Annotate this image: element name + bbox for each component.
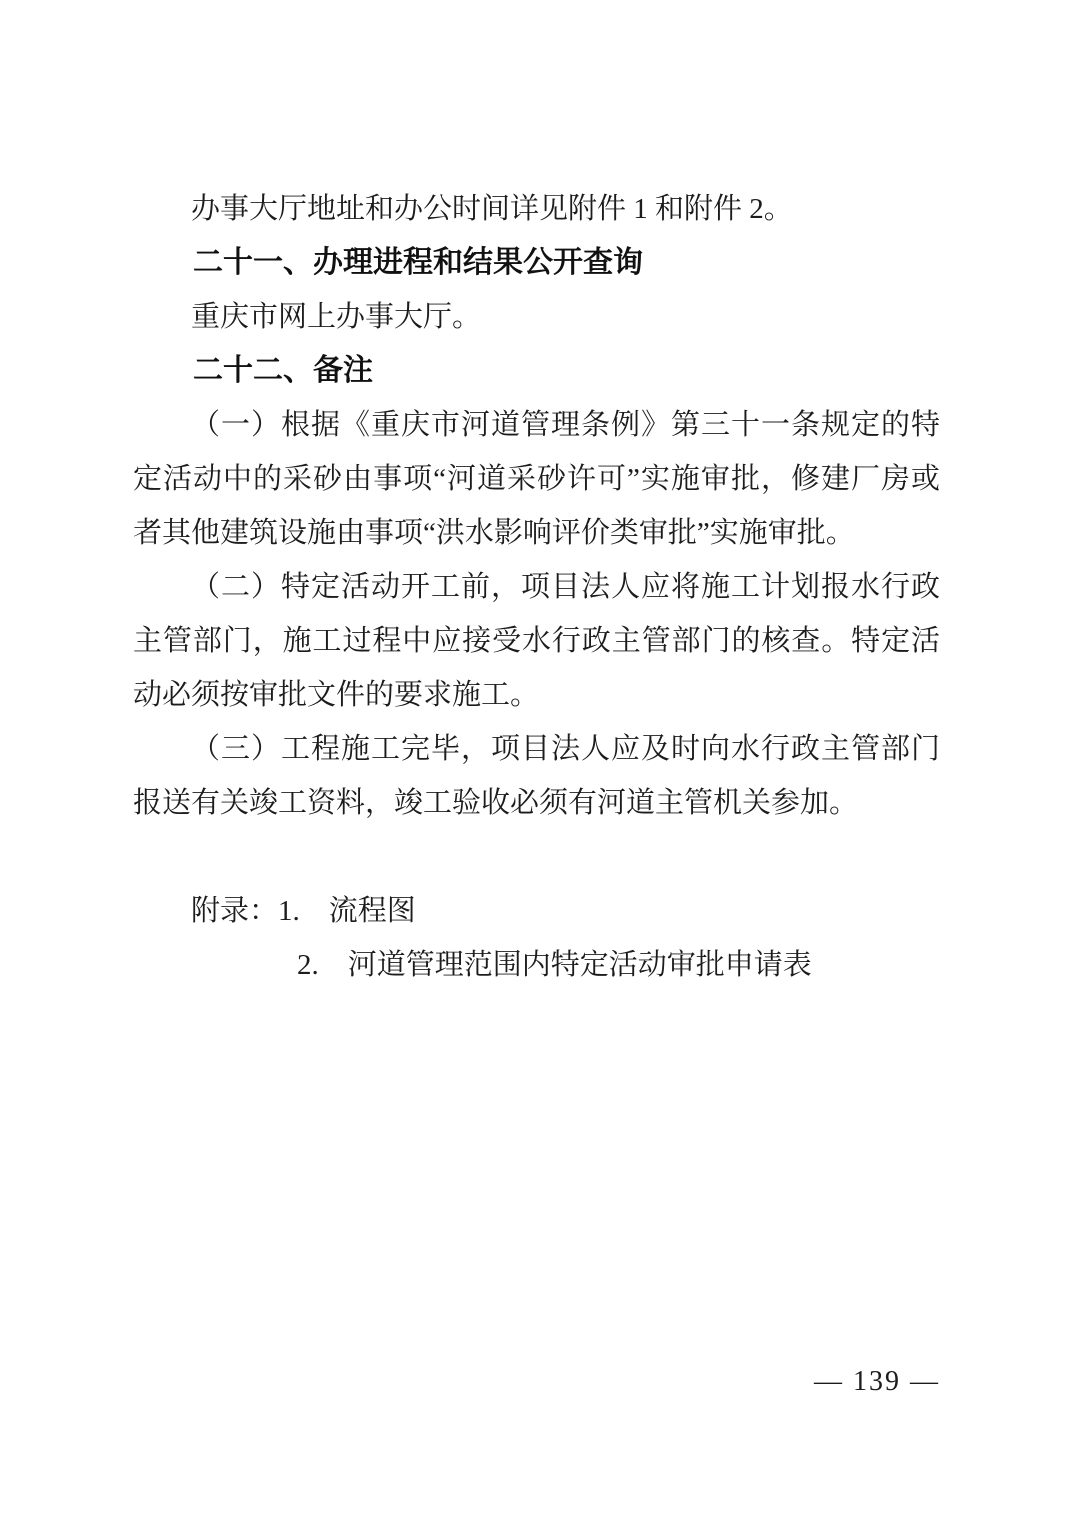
appendix-list: 附录：1. 流程图 2. 河道管理范围内特定活动审批申请表 bbox=[133, 884, 940, 992]
paragraph-note-1: （一）根据《重庆市河道管理条例》第三十一条规定的特定活动中的采砂由事项“河道采砂… bbox=[133, 398, 940, 560]
document-page: 办事大厅地址和办公时间详见附件 1 和附件 2。 二十一、办理进程和结果公开查询… bbox=[0, 0, 1074, 1520]
paragraph-note-3: （三）工程施工完毕，项目法人应及时向水行政主管部门报送有关竣工资料，竣工验收必须… bbox=[133, 722, 940, 830]
heading-section-21: 二十一、办理进程和结果公开查询 bbox=[133, 236, 940, 290]
heading-section-22: 二十二、备注 bbox=[133, 344, 940, 398]
appendix-item-1: 附录：1. 流程图 bbox=[133, 884, 940, 938]
document-body: 办事大厅地址和办公时间详见附件 1 和附件 2。 二十一、办理进程和结果公开查询… bbox=[133, 182, 940, 992]
page-number: — 139 — bbox=[814, 1364, 940, 1400]
paragraph-office-location: 办事大厅地址和办公时间详见附件 1 和附件 2。 bbox=[133, 182, 940, 236]
paragraph-note-2: （二）特定活动开工前，项目法人应将施工计划报水行政主管部门，施工过程中应接受水行… bbox=[133, 560, 940, 722]
paragraph-online-hall: 重庆市网上办事大厅。 bbox=[133, 290, 940, 344]
appendix-item-2: 2. 河道管理范围内特定活动审批申请表 bbox=[133, 938, 940, 992]
